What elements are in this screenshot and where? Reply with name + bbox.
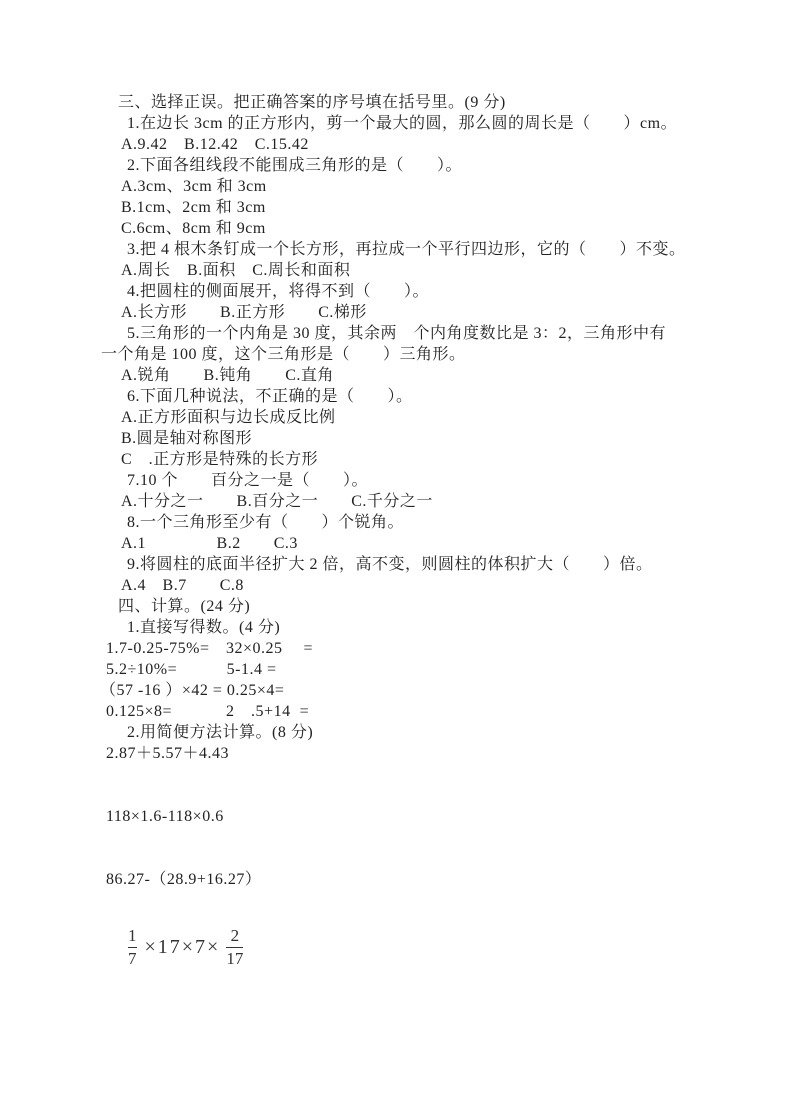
text-line: 3.把 4 根木条钉成一个长方形，再拉成一个平行四边形，它的（ ）不变。 [127,239,686,260]
text-line: 1.7-0.25-75%= 32×0.25 = [106,638,313,659]
text-line: C .正方形是特殊的长方形 [121,449,318,470]
text-line: 2.用简便方法计算。(8 分) [127,722,313,743]
fraction-denominator: 17 [226,947,243,969]
fraction-one-seventh: 17 [128,926,137,968]
text-line: 7.10 个 百分之一是（ ）。 [127,470,368,491]
text-line: 1.直接写得数。(4 分) [127,617,280,638]
text-line: 6.下面几种说法，不正确的是（ ）。 [127,386,413,407]
text-line: C.6cm、8cm 和 9cm [121,218,266,239]
fraction-expression: 17 ×17×7× 217 [128,926,243,968]
text-line: 8.一个三角形至少有（ ）个锐角。 [127,512,404,533]
multiplication-chain: ×17×7× [137,936,227,959]
text-line: 9.将圆柱的底面半径扩大 2 倍，高不变，则圆柱的体积扩大（ ）倍。 [127,554,653,575]
text-line: A.周长 B.面积 C.周长和面积 [121,260,350,281]
text-line: 4.把圆柱的侧面展开，将得不到（ ）。 [127,281,429,302]
fraction-numerator: 1 [128,926,137,947]
text-line: 一个角是 100 度，这个三角形是（ ）三角形。 [101,344,466,365]
document-page: 三、选择正误。把正确答案的序号填在括号里。(9 分)1.在边长 3cm 的正方形… [0,0,790,1118]
text-line: 118×1.6-118×0.6 [106,806,224,827]
text-line: 三、选择正误。把正确答案的序号填在括号里。(9 分) [118,92,506,113]
text-line: A.长方形 B.正方形 C.梯形 [121,302,367,323]
text-line: A.十分之一 B.百分之一 C.千分之一 [121,491,433,512]
text-line: 86.27-（28.9+16.27） [106,869,261,890]
text-line: （57 -16 ）×42 = 0.25×4= [100,680,284,701]
fraction-two-seventeenths: 217 [226,926,243,968]
text-line: 1.在边长 3cm 的正方形内，剪一个最大的圆，那么圆的周长是（ ）cm。 [127,113,677,134]
text-line: 四、计算。(24 分) [118,596,250,617]
text-line: A.正方形面积与边长成反比例 [121,407,336,428]
text-line: A.4 B.7 C.8 [121,575,244,596]
text-line: A.1 B.2 C.3 [121,533,298,554]
text-line: 5.三角形的一个内角是 30 度，其余两 个内角度数比是 3：2，三角形中有 [127,323,666,344]
text-line: A.锐角 B.钝角 C.直角 [121,365,334,386]
text-line: B.圆是轴对称图形 [121,428,252,449]
text-line: 2.下面各组线段不能围成三角形的是（ ）。 [127,155,462,176]
text-line: A.9.42 B.12.42 C.15.42 [121,134,309,155]
text-line: A.3cm、3cm 和 3cm [121,176,267,197]
text-line: 5.2÷10%= 5-1.4 = [106,659,277,680]
text-line: B.1cm、2cm 和 3cm [121,197,266,218]
text-line: 0.125×8= 2 .5+14 = [106,701,309,722]
fraction-denominator: 7 [128,947,137,969]
fraction-numerator: 2 [226,926,243,947]
text-line: 2.87＋5.57＋4.43 [106,743,229,764]
